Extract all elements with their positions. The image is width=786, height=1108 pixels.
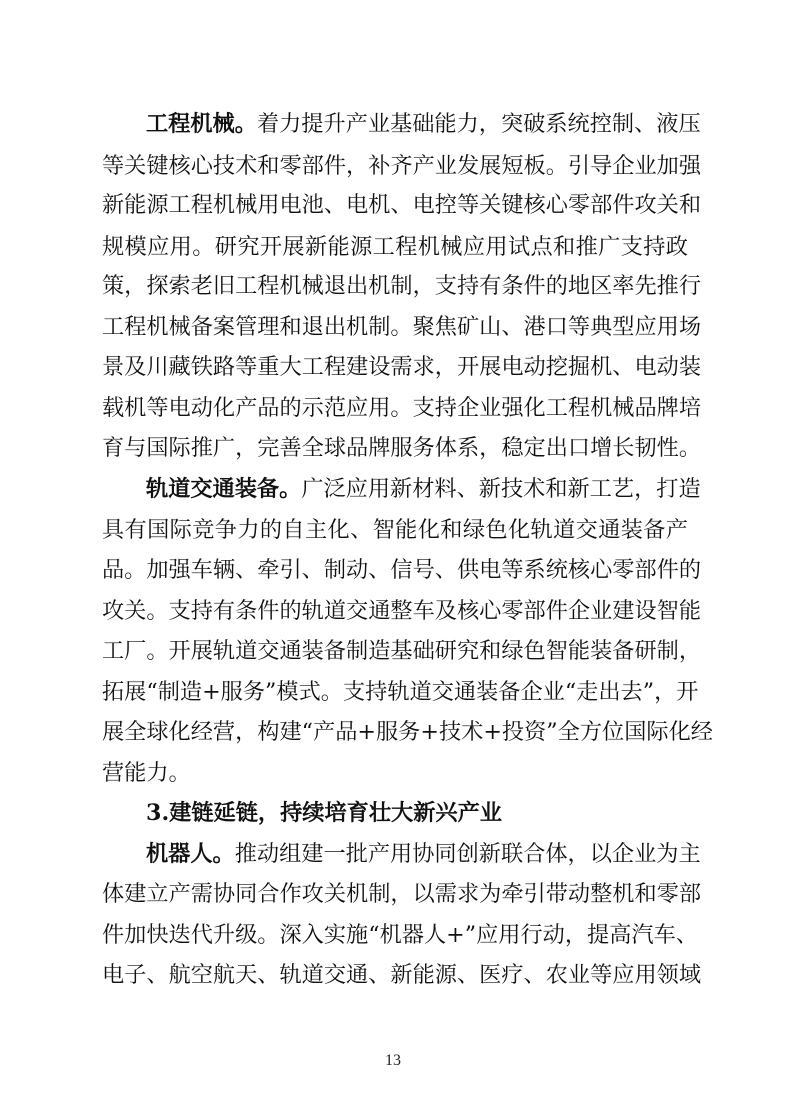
paragraph-line: 工程机械备案管理和退出机制。聚焦矿山、港口等典型应用场 — [102, 307, 688, 347]
paragraph-line: 景及川藏铁路等重大工程建设需求，开展电动挖掘机、电动装 — [102, 347, 688, 387]
paragraph-line: 等关键核心技术和零部件，补齐产业发展短板。引导企业加强 — [102, 146, 688, 186]
paragraph-line: 育与国际推广，完善全球品牌服务体系，稳定出口增长韧性。 — [102, 428, 688, 468]
paragraph-title: 机器人。 — [146, 841, 235, 867]
document-page: 工程机械。着力提升产业基础能力，突破系统控制、液压 等关键核心技术和零部件，补齐… — [0, 0, 786, 1108]
paragraph-line: 品。加强车辆、牵引、制动、信号、供电等系统核心零部件的 — [102, 550, 688, 590]
paragraph-line: 新能源工程机械用电池、电机、电控等关键核心零部件攻关和 — [102, 185, 688, 225]
paragraph-line: 营能力。 — [102, 753, 688, 793]
paragraph-line: 工厂。开展轨道交通装备制造基础研究和绿色智能装备研制， — [102, 631, 688, 671]
paragraph-line: 电子、航空航天、轨道交通、新能源、医疗、农业等应用领域 — [102, 955, 688, 995]
section-heading: 3.建链延链，持续培育壮大新兴产业 — [146, 793, 502, 833]
paragraph-line: 策，探索老旧工程机械退出机制，支持有条件的地区率先推行 — [102, 266, 688, 306]
paragraph-line: 机器人。推动组建一批产用协同创新联合体，以企业为主 — [146, 834, 688, 874]
paragraph-line: 件加快迭代升级。深入实施“机器人+”应用行动，提高汽车、 — [102, 915, 688, 955]
paragraph-line: 轨道交通装备。广泛应用新材料、新技术和新工艺，打造 — [146, 469, 688, 509]
paragraph-line: 载机等电动化产品的示范应用。支持企业强化工程机械品牌培 — [102, 388, 688, 428]
paragraph-line: 规模应用。研究开展新能源工程机械应用试点和推广支持政 — [102, 227, 688, 267]
paragraph-line: 体建立产需协同合作攻关机制，以需求为牵引带动整机和零部 — [102, 874, 688, 914]
paragraph-title: 轨道交通装备。 — [146, 476, 301, 502]
paragraph-line: 拓展“制造+服务”模式。支持轨道交通装备企业“走出去”，开 — [102, 672, 688, 712]
paragraph-line: 具有国际竞争力的自主化、智能化和绿色化轨道交通装备产 — [102, 510, 688, 550]
paragraph-line: 攻关。支持有条件的轨道交通整车及核心零部件企业建设智能 — [102, 591, 688, 631]
paragraph-line: 展全球化经营，构建“产品+服务+技术+投资”全方位国际化经 — [102, 712, 688, 752]
paragraph-title: 工程机械。 — [146, 111, 257, 137]
page-number: 13 — [0, 1052, 786, 1070]
paragraph-line: 工程机械。着力提升产业基础能力，突破系统控制、液压 — [146, 104, 688, 144]
